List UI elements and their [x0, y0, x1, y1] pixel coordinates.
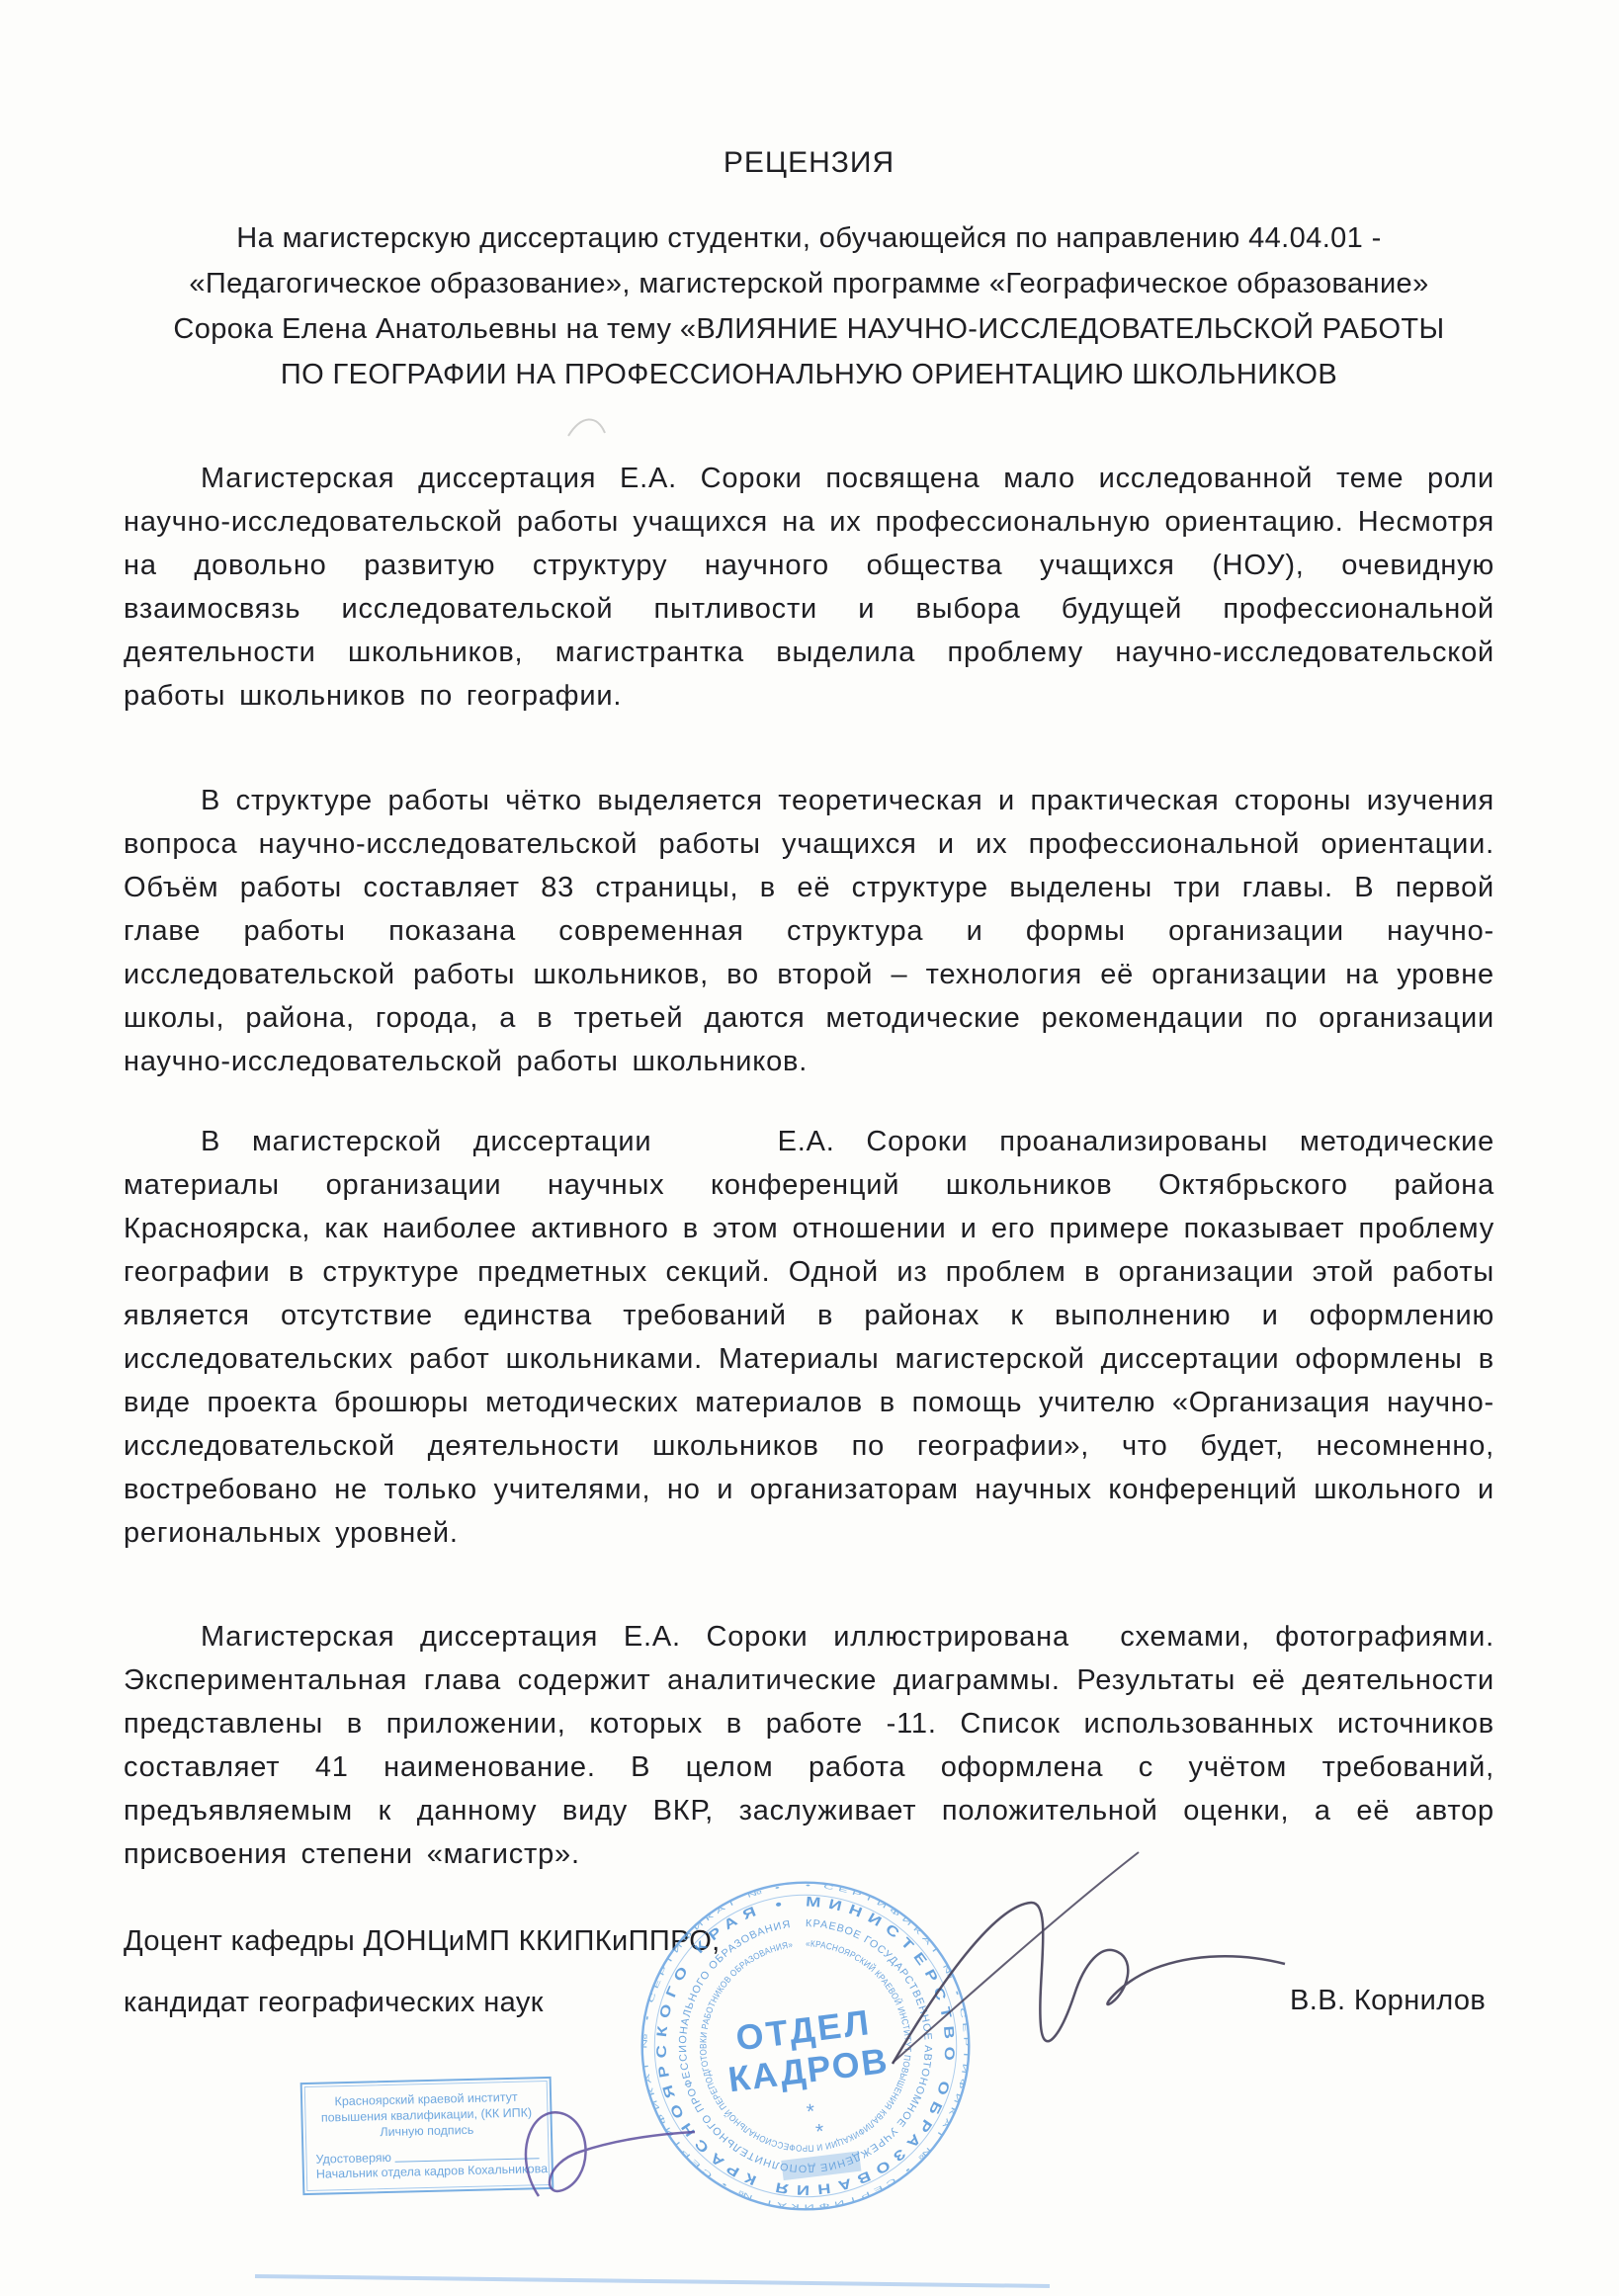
- header-line: «Педагогическое образование», магистерск…: [124, 261, 1494, 306]
- rect-stamp-inner-border: Красноярский краевой институт повышения …: [304, 2081, 551, 2191]
- header-line: На магистерскую диссертацию студентки, о…: [124, 215, 1494, 261]
- body-paragraph: Магистерская диссертация Е.А. Сороки илл…: [124, 1615, 1494, 1876]
- body-paragraph: Магистерская диссертация Е.А. Сороки пос…: [124, 457, 1494, 718]
- document-subject-header: На магистерскую диссертацию студентки, о…: [124, 215, 1494, 397]
- header-line: ПО ГЕОГРАФИИ НА ПРОФЕССИОНАЛЬНУЮ ОРИЕНТА…: [124, 352, 1494, 397]
- scan-artifact-line: [255, 2276, 1050, 2286]
- reviewer-position-line: Доцент кафедры ДОНЦиМП ККИПКиППРО,: [124, 1925, 721, 1958]
- pencil-mark: [568, 419, 605, 436]
- body-paragraph: В магистерской диссертации Е.А. Сороки п…: [124, 1120, 1494, 1555]
- round-stamp: • СЕРТИФИКАТ № • СЕРТИФИКАТ № • СЕРТИФИК…: [634, 1874, 978, 2218]
- body-paragraph: В структуре работы чётко выделяется теор…: [124, 779, 1494, 1083]
- scanned-review-page: РЕЦЕНЗИЯ На магистерскую диссертацию сту…: [0, 0, 1619, 2296]
- rect-stamp: Красноярский краевой институт повышения …: [300, 2077, 554, 2195]
- reviewer-degree-line: кандидат географических наук: [124, 1987, 544, 2019]
- page-title: РЕЦЕНЗИЯ: [124, 146, 1494, 180]
- star-icon: *: [814, 2119, 825, 2144]
- header-line: Сорока Елена Анатольевны на тему «ВЛИЯНИ…: [124, 306, 1494, 352]
- reviewer-name: В.В. Корнилов: [1290, 1985, 1486, 2017]
